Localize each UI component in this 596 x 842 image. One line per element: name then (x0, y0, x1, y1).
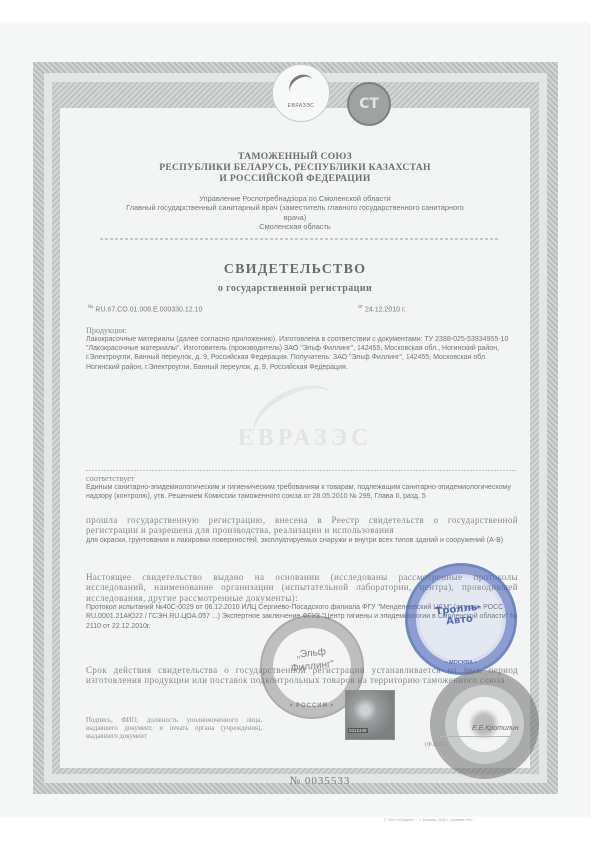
compliance-label: соответствует (86, 474, 518, 483)
product-text: Лакокрасочные материалы (далее согласно … (86, 335, 518, 372)
date-prefix: от (358, 304, 363, 310)
stamp-center-text: Тролль-Авто (423, 600, 495, 629)
printer-note: © ЗАО «Опцион» ... г. Москва, 2010 г. Ур… (384, 818, 473, 822)
serial-number: № 0035533 (260, 775, 380, 787)
emblem-swoosh (285, 70, 319, 103)
certificate-number: №RU.67.CO.01.008.E.000330.12.10 (88, 304, 202, 313)
product-label: Продукция: (86, 326, 518, 335)
fio-label: (Ф.И.О.) (425, 742, 447, 748)
customs-union-heading: ТАМОЖЕННЫЙ СОЮЗ РЕСПУБЛИКИ БЕЛАРУСЬ, РЕС… (60, 151, 530, 184)
signature-caption: Подпись, ФИО, должность уполномоченного … (86, 717, 262, 742)
issuing-authority: Управление Роспотребнадзора по Смоленско… (60, 194, 530, 232)
signature-line (440, 736, 510, 737)
conformity-mark-icon: СТ (347, 82, 391, 126)
microtext-line (100, 238, 500, 240)
document-subtitle: о государственной регистрации (60, 283, 530, 294)
microtext-divider (86, 470, 516, 471)
hologram-sticker-icon: 0312449 (345, 690, 395, 740)
blue-round-stamp: Тролль-Авто • МОСКВА • (405, 563, 517, 675)
registration-section: прошла государственную регистрацию, внес… (86, 515, 518, 545)
compliance-text: Единым санитарно-эпидемиологическим и ги… (86, 483, 518, 501)
signer-name: Е.Е.Кротилин (472, 725, 519, 732)
certificate-date: от24.12.2010 г. (358, 304, 406, 313)
stamp-company-name: „Эльф Филлинг" (276, 643, 348, 676)
stamp-ring-text: • МОСКВА • (408, 660, 514, 666)
number-value: RU.67.CO.01.008.E.000330.12.10 (95, 306, 202, 313)
eaeu-emblem-icon: ЕВРАЗЭС (272, 64, 330, 122)
registration-usage: для окраски, грунтования и лакировки пов… (86, 536, 518, 545)
eaeu-label: ЕВРАЗЭС (288, 103, 315, 109)
document-title: СВИДЕТЕЛЬСТВО (60, 262, 530, 278)
compliance-section: соответствует Единым санитарно-эпидемиол… (86, 474, 518, 501)
hologram-code: 0312449 (348, 728, 368, 733)
heading-line: РЕСПУБЛИКИ БЕЛАРУСЬ, РЕСПУБЛИКИ КАЗАХСТА… (60, 162, 530, 173)
number-prefix: № (88, 304, 93, 310)
heading-line: ТАМОЖЕННЫЙ СОЮЗ (60, 151, 530, 162)
authority-line: Управление Роспотребнадзора по Смоленско… (60, 194, 530, 203)
heading-line: И РОССИЙСКОЙ ФЕДЕРАЦИИ (60, 173, 530, 184)
product-section: Продукция: Лакокрасочные материалы (дале… (86, 326, 518, 372)
authority-line: врача) (60, 213, 530, 222)
authority-line: Главный государственный санитарный врач … (60, 203, 530, 212)
registration-statement: прошла государственную регистрацию, внес… (86, 515, 518, 536)
date-value: 24.12.2010 г. (365, 306, 406, 313)
authority-line: Смоленская область (60, 222, 530, 231)
